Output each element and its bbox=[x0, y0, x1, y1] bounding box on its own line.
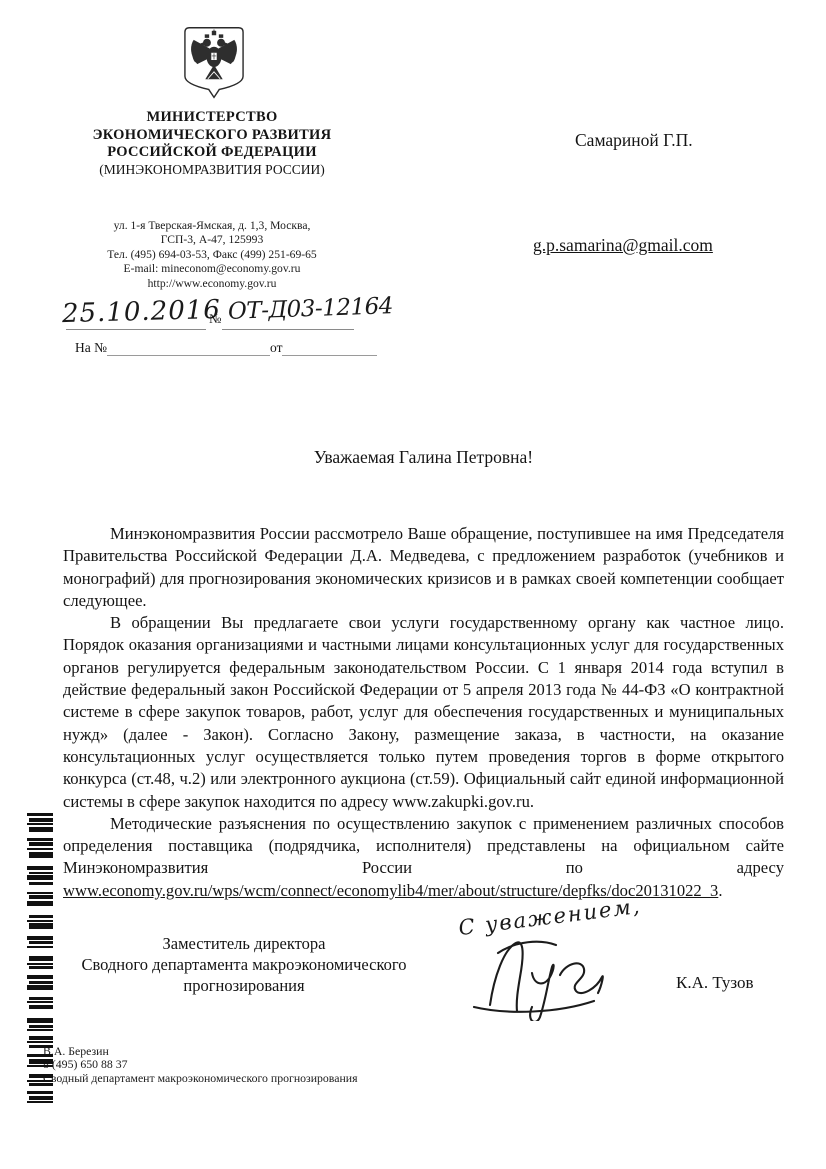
reply-date-blank bbox=[282, 355, 377, 356]
address-line: http://www.economy.gov.ru bbox=[72, 277, 352, 291]
signature-scribble-icon bbox=[468, 933, 630, 1021]
contact-phone: 8 (495) 650 88 37 bbox=[43, 1058, 358, 1071]
address-line: E-mail: mineconom@economy.gov.ru bbox=[72, 262, 352, 276]
contact-department: Сводный департамент макроэкономического … bbox=[43, 1072, 358, 1085]
body-paragraph-3: Методические разъяснения по осуществлени… bbox=[63, 813, 784, 902]
ministry-short-name: (МИНЭКОНОМРАЗВИТИЯ РОССИИ) bbox=[80, 162, 344, 178]
reply-label: На № bbox=[75, 340, 107, 356]
signer-position-line: Заместитель директора bbox=[60, 933, 428, 954]
ministry-name-line: ЭКОНОМИЧЕСКОГО РАЗВИТИЯ bbox=[80, 127, 344, 145]
signer-position-line: Сводного департамента макроэкономическог… bbox=[60, 954, 428, 975]
salutation: Уважаемая Галина Петровна! bbox=[63, 447, 784, 468]
reply-reference-line: На № от bbox=[75, 340, 377, 356]
signer-position: Заместитель директора Сводного департаме… bbox=[60, 933, 428, 996]
ministry-name: МИНИСТЕРСТВО ЭКОНОМИЧЕСКОГО РАЗВИТИЯ РОС… bbox=[80, 109, 344, 162]
outgoing-number-handwritten: ОТ-Д03-12164 bbox=[228, 293, 394, 325]
letter-body: Минэкономразвития России рассмотрело Ваш… bbox=[63, 523, 784, 902]
barcode bbox=[27, 813, 53, 1105]
reply-from-label: от bbox=[270, 340, 282, 356]
number-sign: № bbox=[209, 311, 221, 327]
date-underline bbox=[66, 329, 206, 330]
body-paragraph-3-text: Методические разъяснения по осуществлени… bbox=[63, 814, 784, 878]
outgoing-date-handwritten: 25.10.2016 bbox=[62, 295, 222, 329]
body-paragraph-2: В обращении Вы предлагаете свои услуги г… bbox=[63, 612, 784, 813]
recipient-name: Самариной Г.П. bbox=[575, 130, 693, 151]
recipient-email: g.p.samarina@gmail.com bbox=[533, 235, 713, 256]
number-underline bbox=[222, 329, 354, 330]
signer-name: К.А. Тузов bbox=[676, 973, 754, 993]
address-line: ул. 1-я Тверская-Ямская, д. 1,3, Москва, bbox=[72, 219, 352, 233]
ministry-name-line: РОССИЙСКОЙ ФЕДЕРАЦИИ bbox=[80, 144, 344, 162]
executor-contact-block: В.А. Березин 8 (495) 650 88 37 Сводный д… bbox=[43, 1045, 358, 1085]
reply-number-blank bbox=[107, 355, 270, 356]
address-line: ГСП-3, А-47, 125993 bbox=[72, 233, 352, 247]
address-block: ул. 1-я Тверская-Ямская, д. 1,3, Москва,… bbox=[72, 219, 352, 291]
letter-page: МИНИСТЕРСТВО ЭКОНОМИЧЕСКОГО РАЗВИТИЯ РОС… bbox=[0, 0, 826, 1169]
ministry-name-line: МИНИСТЕРСТВО bbox=[80, 109, 344, 127]
body-paragraph-3-period: . bbox=[718, 881, 722, 900]
contact-name: В.А. Березин bbox=[43, 1045, 358, 1058]
signer-position-line: прогнозирования bbox=[60, 975, 428, 996]
body-paragraph-1: Минэкономразвития России рассмотрело Ваш… bbox=[63, 523, 784, 612]
address-line: Тел. (495) 694-03-53, Факс (499) 251-69-… bbox=[72, 248, 352, 262]
coat-of-arms-icon bbox=[183, 26, 245, 100]
